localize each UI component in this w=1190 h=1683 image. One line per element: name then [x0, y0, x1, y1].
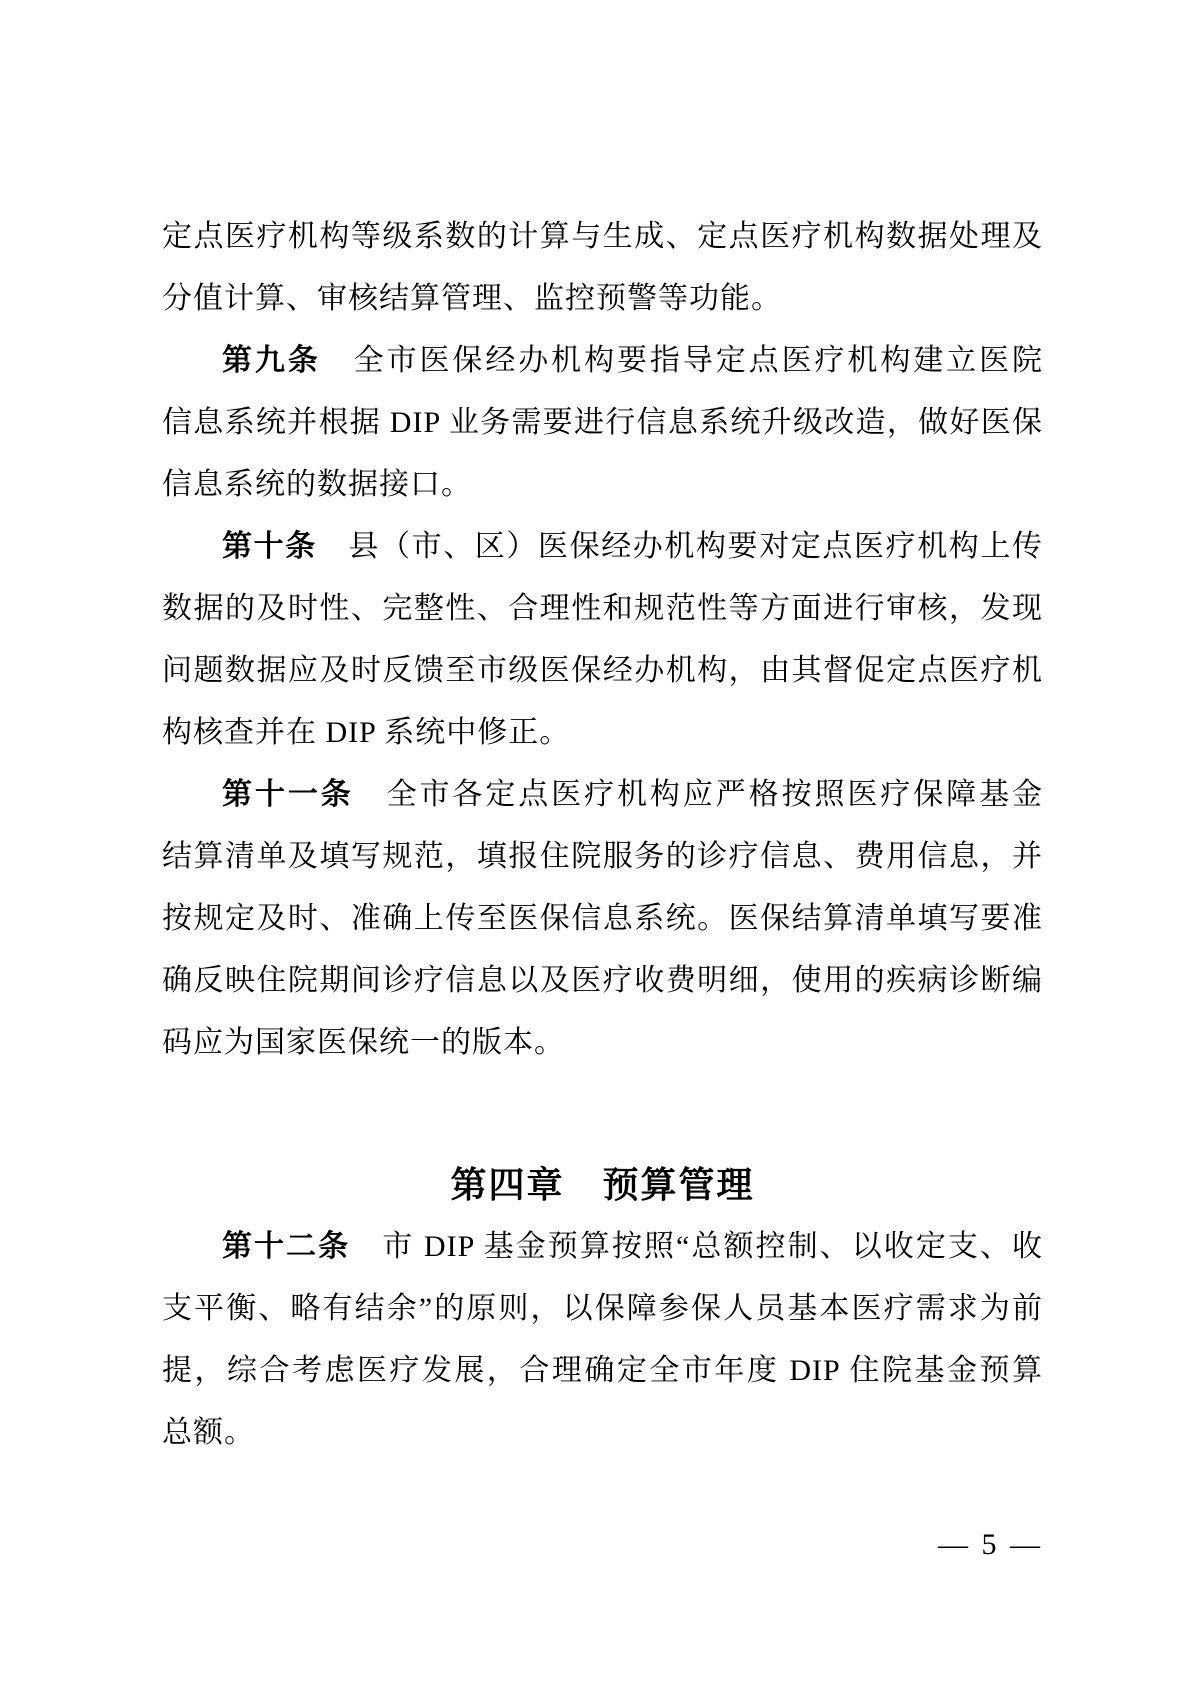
text-line: 支平衡、略有结余”的原则，以保障参保人员基本医疗需求为前	[162, 1278, 1043, 1340]
text-segment: 总额。	[162, 1416, 255, 1449]
text-segment: 分值计算、审核结算管理、监控预警等功能。	[162, 282, 782, 315]
text-segment: 结算清单及填写规范，填报住院服务的诊疗信息、费用信息，并	[162, 840, 1043, 873]
text-segment: 数据的及时性、完整性、合理性和规范性等方面进行审核，发现	[162, 592, 1043, 625]
text-segment: 问题数据应及时反馈至市级医保经办机构，由其督促定点医疗机	[162, 654, 1043, 687]
text-segment: 全市各定点医疗机构应严格按照医疗保障基金	[354, 778, 1043, 811]
text-line: 提，综合考虑医疗发展，合理确定全市年度 DIP 住院基金预算	[162, 1340, 1043, 1402]
article-label: 第十二条	[222, 1230, 350, 1263]
article-label: 第十一条	[222, 778, 354, 811]
text-line: 总额。	[162, 1402, 1043, 1464]
article-label: 第九条	[222, 344, 321, 377]
document-body: 定点医疗机构等级系数的计算与生成、定点医疗机构数据处理及分值计算、审核结算管理、…	[162, 206, 1043, 1464]
text-line: 第十二条 市 DIP 基金预算按照“总额控制、以收定支、收	[162, 1216, 1043, 1278]
text-line: 结算清单及填写规范，填报住院服务的诊疗信息、费用信息，并	[162, 826, 1043, 888]
text-line: 信息系统的数据接口。	[162, 454, 1043, 516]
text-segment: 支平衡、略有结余”的原则，以保障参保人员基本医疗需求为前	[162, 1292, 1043, 1325]
text-line: 问题数据应及时反馈至市级医保经办机构，由其督促定点医疗机	[162, 640, 1043, 702]
chapter-heading-text: 第四章 预算管理	[450, 1164, 754, 1205]
text-line: 第九条 全市医保经办机构要指导定点医疗机构建立医院	[162, 330, 1043, 392]
text-line: 第十一条 全市各定点医疗机构应严格按照医疗保障基金	[162, 764, 1043, 826]
text-segment: 确反映住院期间诊疗信息以及医疗收费明细，使用的疾病诊断编	[162, 964, 1043, 997]
page-number: — 5 —	[938, 1528, 1043, 1562]
document-page: 定点医疗机构等级系数的计算与生成、定点医疗机构数据处理及分值计算、审核结算管理、…	[0, 0, 1190, 1683]
text-line: 码应为国家医保统一的版本。	[162, 1012, 1043, 1074]
text-segment: 市 DIP 基金预算按照“总额控制、以收定支、收	[350, 1230, 1043, 1263]
text-line: 分值计算、审核结算管理、监控预警等功能。	[162, 268, 1043, 330]
text-line: 第十条 县（市、区）医保经办机构要对定点医疗机构上传	[162, 516, 1043, 578]
text-line: 按规定及时、准确上传至医保信息系统。医保结算清单填写要准	[162, 888, 1043, 950]
text-segment: 提，综合考虑医疗发展，合理确定全市年度 DIP 住院基金预算	[162, 1354, 1043, 1387]
chapter-heading: 第四章 预算管理	[162, 1154, 1043, 1216]
text-segment: 按规定及时、准确上传至医保信息系统。医保结算清单填写要准	[162, 902, 1043, 935]
text-line: 确反映住院期间诊疗信息以及医疗收费明细，使用的疾病诊断编	[162, 950, 1043, 1012]
text-line: 信息系统并根据 DIP 业务需要进行信息系统升级改造，做好医保	[162, 392, 1043, 454]
text-line: 数据的及时性、完整性、合理性和规范性等方面进行审核，发现	[162, 578, 1043, 640]
text-segment: 全市医保经办机构要指导定点医疗机构建立医院	[321, 344, 1043, 377]
text-segment: 码应为国家医保统一的版本。	[162, 1026, 565, 1059]
text-segment: 信息系统的数据接口。	[162, 468, 472, 501]
text-line: 构核查并在 DIP 系统中修正。	[162, 702, 1043, 764]
text-segment: 县（市、区）医保经办机构要对定点医疗机构上传	[317, 530, 1043, 563]
text-segment: 定点医疗机构等级系数的计算与生成、定点医疗机构数据处理及	[162, 220, 1043, 253]
text-segment: 构核查并在 DIP 系统中修正。	[162, 716, 570, 749]
text-line: 定点医疗机构等级系数的计算与生成、定点医疗机构数据处理及	[162, 206, 1043, 268]
article-label: 第十条	[222, 530, 317, 563]
text-segment: 信息系统并根据 DIP 业务需要进行信息系统升级改造，做好医保	[162, 406, 1043, 439]
